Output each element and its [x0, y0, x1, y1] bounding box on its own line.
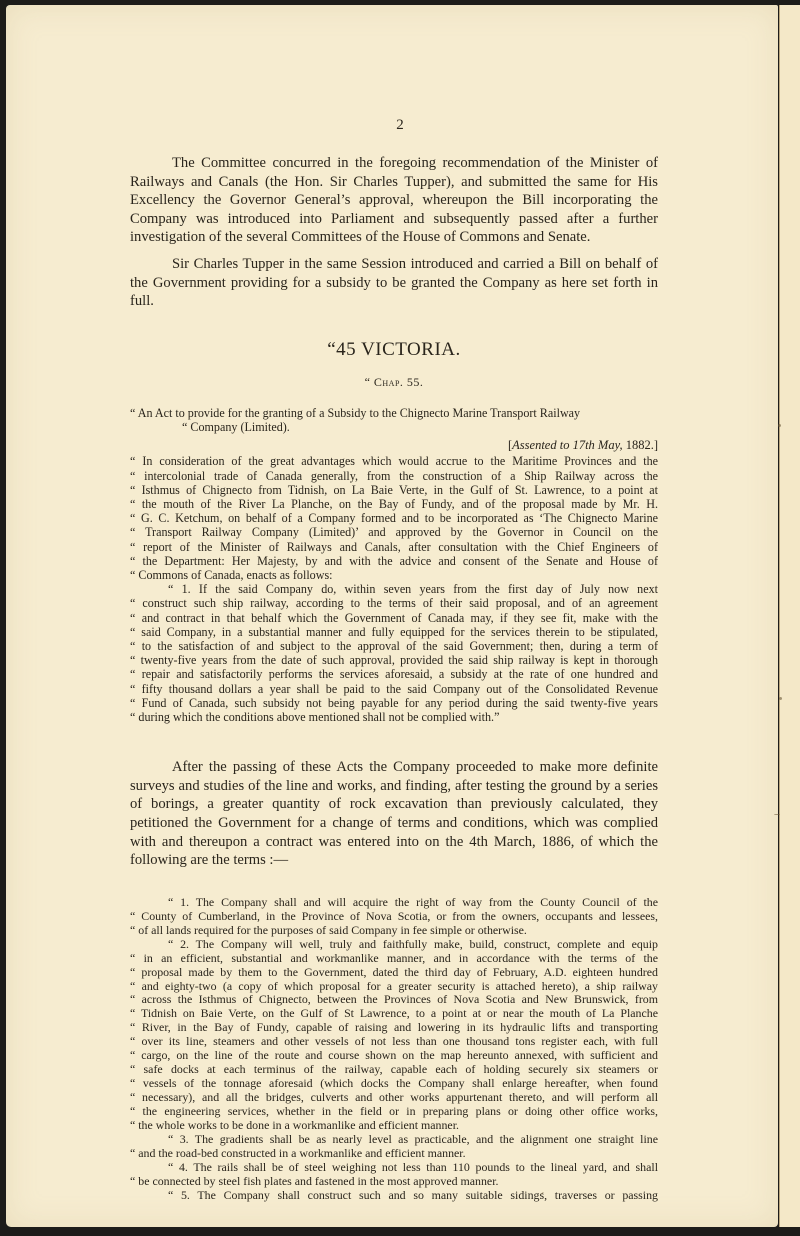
intro-paragraph-2: Sir Charles Tupper in the same Session i… — [130, 255, 658, 311]
contract-terms: “ 1. The Company shall and will acquire … — [130, 896, 658, 1203]
contract-term-line: “ 3. The gradients shall be as nearly le… — [130, 1133, 658, 1147]
section-line: “ during which the conditions above ment… — [130, 710, 658, 724]
preamble-line: “ G. C. Ketchum, on behalf of a Company … — [130, 511, 658, 525]
contract-term-line: “ River, in the Bay of Fundy, capable of… — [130, 1021, 658, 1035]
section-line: “ repair and satisfactorily performs the… — [130, 667, 658, 681]
contract-term-line: “ Tidnish on Baie Verte, on the Gulf of … — [130, 1007, 658, 1021]
preamble-line: “ Commons of Canada, enacts as follows: — [130, 568, 658, 582]
act-title: “45 VICTORIA. — [130, 339, 658, 361]
assent-label: Assented to 17th May, — [512, 438, 622, 452]
preamble-line: “ the mouth of the River La Planche, on … — [130, 497, 658, 511]
contract-term-line: “ the whole works to be done in a workma… — [130, 1119, 658, 1133]
contract-term-line: “ in an efficient, substantial and workm… — [130, 952, 658, 966]
page-content: The Committee concurred in the foregoing… — [130, 154, 658, 1203]
act-long-title-line-2: “ Company (Limited). — [144, 420, 658, 434]
act-long-title: “ An Act to provide for the granting of … — [130, 406, 658, 434]
section-line: “ fifty thousand dollars a year shall be… — [130, 682, 658, 696]
act-text: “ An Act to provide for the granting of … — [130, 406, 658, 724]
contract-term-line: “ proposal made by them to the Governmen… — [130, 966, 658, 980]
section-line: “ and contract in that behalf which the … — [130, 611, 658, 625]
contract-term-line: “ the engineering services, whether in t… — [130, 1105, 658, 1119]
act-long-title-line-1: “ An Act to provide for the granting of … — [130, 406, 580, 420]
contract-term-line: “ 2. The Company will well, truly and fa… — [130, 938, 658, 952]
contract-term-line: “ necessary), and all the bridges, culve… — [130, 1091, 658, 1105]
assent-year: 1882. — [623, 438, 654, 452]
contract-term-line: “ across the Isthmus of Chignecto, betwe… — [130, 993, 658, 1007]
contract-term-line: “ safe docks at each terminus of the rai… — [130, 1063, 658, 1077]
contract-term-line: “ 5. The Company shall construct such an… — [130, 1189, 658, 1203]
page-number: 2 — [0, 117, 800, 134]
contract-term-line: “ be connected by steel fish plates and … — [130, 1175, 658, 1189]
contract-term-line: “ 4. The rails shall be of steel weighin… — [130, 1161, 658, 1175]
preamble-line: “ Isthmus of Chignecto from Tidnish, on … — [130, 483, 658, 497]
paper-speck — [778, 424, 781, 427]
contract-term-line: “ and eighty-two (a copy of which propos… — [130, 980, 658, 994]
section-line: “ said Company, in a substantial manner … — [130, 625, 658, 639]
section-line: “ construct such ship railway, according… — [130, 596, 658, 610]
intro-paragraph-1: The Committee concurred in the foregoing… — [130, 154, 658, 247]
paper-speck — [393, 236, 395, 238]
contract-term-line: “ and the road-bed constructed in a work… — [130, 1147, 658, 1161]
contract-term-line: “ vessels of the tonnage aforesaid (whic… — [130, 1077, 658, 1091]
preamble-line: “ the Department: Her Majesty, by and wi… — [130, 554, 658, 568]
act-section-1: “ 1. If the said Company do, within seve… — [130, 582, 658, 724]
preamble-line: “ In consideration of the great advantag… — [130, 454, 658, 468]
preamble-line: “ Transport Railway Company (Limited)’ a… — [130, 525, 658, 539]
section-line: “ 1. If the said Company do, within seve… — [130, 582, 658, 596]
preamble: “ In consideration of the great advantag… — [130, 454, 658, 582]
section-line: “ twenty-five years from the date of suc… — [130, 653, 658, 667]
contract-term-line: “ cargo, on the line of the route and co… — [130, 1049, 658, 1063]
paper-speck — [774, 814, 780, 815]
section-line: “ Fund of Canada, such subsidy not being… — [130, 696, 658, 710]
act-chapter: “ Chap. 55. — [130, 375, 658, 390]
contract-term-line: “ over its line, steamers and other vess… — [130, 1035, 658, 1049]
adjacent-page-edge — [779, 5, 800, 1227]
contract-term-line: “ 1. The Company shall and will acquire … — [130, 896, 658, 910]
contract-term-line: “ of all lands required for the purposes… — [130, 924, 658, 938]
preamble-line: “ intercolonial trade of Canada generall… — [130, 469, 658, 483]
contract-term-line: “ County of Cumberland, in the Province … — [130, 910, 658, 924]
section-line: “ to the satisfaction of and subject to … — [130, 639, 658, 653]
assent-date: [Assented to 17th May, 1882.] — [130, 438, 658, 452]
preamble-line: “ report of the Minister of Railways and… — [130, 540, 658, 554]
paper-speck — [779, 697, 782, 700]
after-acts-paragraph: After the passing of these Acts the Comp… — [130, 758, 658, 870]
